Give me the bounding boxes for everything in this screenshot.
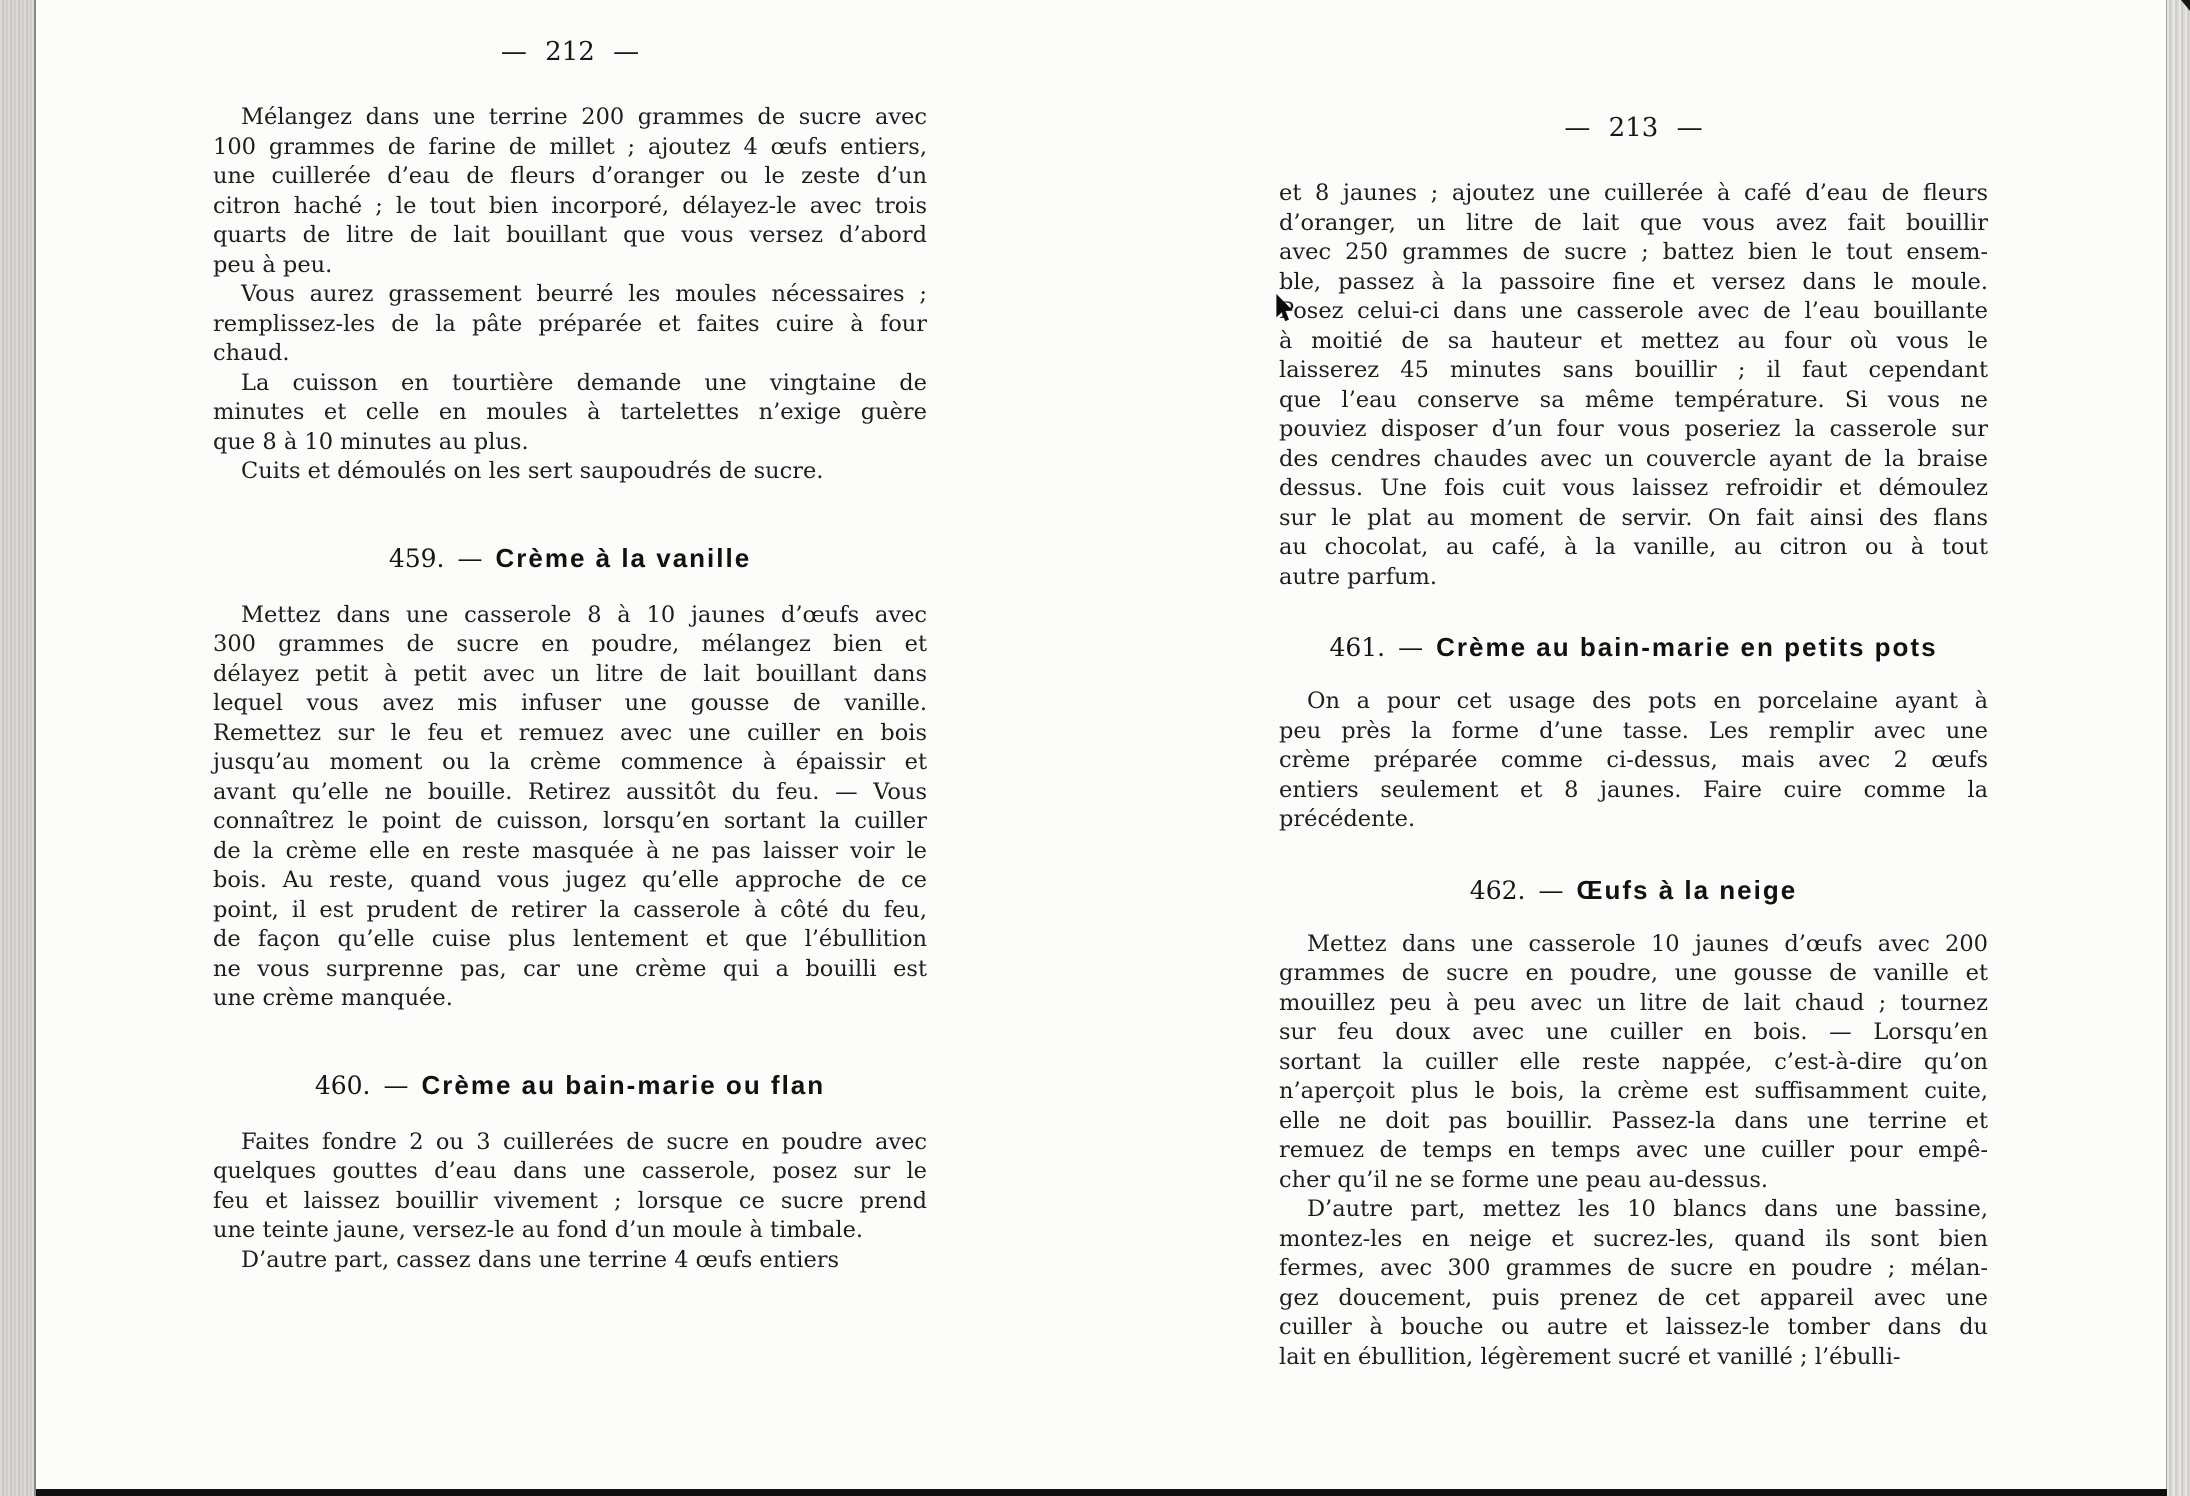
bottom-black-bar (36, 1489, 2167, 1496)
text-line: 100 grammes de farine de millet ; ajoute… (213, 133, 927, 163)
recipe-heading: 459.—Crème à la vanille (213, 543, 927, 574)
text-line: au chocolat, au café, à la vanille, au c… (1279, 533, 1988, 563)
text-line: fermes, avec 300 grammes de sucre en pou… (1279, 1254, 1988, 1284)
text-line: ne vous surprenne pas, car une crème qui… (213, 955, 927, 985)
text-line: quelques gouttes d’eau dans une casserol… (213, 1157, 927, 1187)
text-line: D’autre part, mettez les 10 blancs dans … (1279, 1195, 1988, 1225)
text-line: remplissez-les de la pâte préparée et fa… (213, 310, 927, 340)
text-line: précédente. (1279, 805, 1988, 835)
heading-dash: — (384, 1071, 409, 1100)
paragraph: Faites fondre 2 ou 3 cuillerées de sucre… (213, 1128, 927, 1246)
heading-dash: — (457, 544, 482, 573)
text-line: Remettez sur le feu et remuez avec une c… (213, 719, 927, 749)
text-line: une teinte jaune, versez-le au fond d’un… (213, 1216, 927, 1246)
text-line: sur le plat au moment de servir. On fait… (1279, 504, 1988, 534)
recipe-title: Crème au bain-marie en petits pots (1436, 632, 1937, 662)
text-line: remuez de temps en temps avec une cuille… (1279, 1136, 1988, 1166)
text-line: Mélangez dans une terrine 200 grammes de… (213, 103, 927, 133)
text-line: Mettez dans une casserole 10 jaunes d’œu… (1279, 930, 1988, 960)
text-line: peu à peu. (213, 251, 927, 281)
text-line: 300 grammes de sucre en poudre, mélangez… (213, 630, 927, 660)
paragraph: On a pour cet usage des pots en porcelai… (1279, 687, 1988, 835)
text-line: grammes de sucre en poudre, une gousse d… (1279, 959, 1988, 989)
paragraph: Mélangez dans une terrine 200 grammes de… (213, 103, 927, 280)
text-line: laisserez 45 minutes sans bouillir ; il … (1279, 356, 1988, 386)
paragraph: La cuisson en tourtière demande une ving… (213, 369, 927, 458)
page-212-column: — 212 —Mélangez dans une terrine 200 gra… (213, 36, 927, 1275)
text-line: lequel vous avez mis infuser une gousse … (213, 689, 927, 719)
text-line: autre parfum. (1279, 563, 1988, 593)
text-line: sur feu doux avec une cuiller en bois. —… (1279, 1018, 1988, 1048)
text-line: Vous aurez grassement beurré les moules … (213, 280, 927, 310)
text-line: dessus. Une fois cuit vous laissez refro… (1279, 474, 1988, 504)
text-line: Mettez dans une casserole 8 à 10 jaunes … (213, 601, 927, 631)
paragraph: D’autre part, mettez les 10 blancs dans … (1279, 1195, 1988, 1372)
text-line: de façon qu’elle cuise plus lentement et… (213, 925, 927, 955)
text-line: minutes et celle en moules à tartelettes… (213, 398, 927, 428)
book-left-page-edge (0, 0, 36, 1496)
text-line: chaud. (213, 339, 927, 369)
text-line: que 8 à 10 minutes au plus. (213, 428, 927, 458)
recipe-number: 462. (1470, 876, 1526, 905)
recipe-number: 459. (389, 544, 445, 573)
text-line: D’autre part, cassez dans une terrine 4 … (213, 1246, 927, 1276)
text-line: de la crème elle en reste masquée à ne p… (213, 837, 927, 867)
text-line: gez doucement, puis prenez de cet appare… (1279, 1284, 1988, 1314)
paragraph: Vous aurez grassement beurré les moules … (213, 280, 927, 369)
recipe-heading: 461.—Crème au bain-marie en petits pots (1279, 632, 1988, 663)
text-line: Faites fondre 2 ou 3 cuillerées de sucre… (213, 1128, 927, 1158)
text-line: crème préparée comme ci-dessus, mais ave… (1279, 746, 1988, 776)
text-line: entiers seulement et 8 jaunes. Faire cui… (1279, 776, 1988, 806)
book-right-page-edge (2166, 0, 2190, 1496)
text-line: La cuisson en tourtière demande une ving… (213, 369, 927, 399)
recipe-heading: 460.—Crème au bain-marie ou flan (213, 1070, 927, 1101)
recipe-title: Œufs à la neige (1576, 875, 1797, 905)
text-line: d’oranger, un litre de lait que vous ave… (1279, 209, 1988, 239)
mouse-cursor-icon (1274, 294, 1298, 326)
text-line: peu près la forme d’une tasse. Les rempl… (1279, 717, 1988, 747)
text-line: sortant la cuiller elle reste nappée, c’… (1279, 1048, 1988, 1078)
text-line: délayez petit à petit avec un litre de l… (213, 660, 927, 690)
text-line: avant qu’elle ne bouille. Retirez aussit… (213, 778, 927, 808)
paragraph: Mettez dans une casserole 10 jaunes d’œu… (1279, 930, 1988, 1196)
text-line: lait en ébullition, légèrement sucré et … (1279, 1343, 1988, 1373)
text-line: citron haché ; le tout bien incorporé, d… (213, 192, 927, 222)
text-line: ble, passez à la passoire fine et versez… (1279, 268, 1988, 298)
text-line: montez-les en neige et sucrez-les, quand… (1279, 1225, 1988, 1255)
paragraph: Mettez dans une casserole 8 à 10 jaunes … (213, 601, 927, 1014)
text-line: bois. Au reste, quand vous jugez qu’elle… (213, 866, 927, 896)
paragraph: D’autre part, cassez dans une terrine 4 … (213, 1246, 927, 1276)
text-line: à moitié de sa hauteur et mettez au four… (1279, 327, 1988, 357)
text-line: mouillez peu à peu avec un litre de lait… (1279, 989, 1988, 1019)
text-line: une crème manquée. (213, 984, 927, 1014)
recipe-number: 461. (1329, 633, 1385, 662)
text-line: elle ne doit pas bouillir. Passez-la dan… (1279, 1107, 1988, 1137)
book-scan-view: — 212 —Mélangez dans une terrine 200 gra… (0, 0, 2190, 1496)
text-line: quarts de litre de lait bouillant que vo… (213, 221, 927, 251)
heading-dash: — (1398, 633, 1423, 662)
page-number: — 212 — (213, 36, 927, 69)
text-line: connaîtrez le point de cuisson, lorsqu’e… (213, 807, 927, 837)
text-line: Cuits et démoulés on les sert saupoudrés… (213, 457, 927, 487)
text-line: cher qu’il ne se forme une peau au-dessu… (1279, 1166, 1988, 1196)
page-number: — 213 — (1279, 112, 1988, 145)
text-line: feu et laissez bouillir vivement ; lorsq… (213, 1187, 927, 1217)
recipe-heading: 462.—Œufs à la neige (1279, 875, 1988, 906)
text-line: jusqu’au moment ou la crème commence à é… (213, 748, 927, 778)
text-line: avec 250 grammes de sucre ; battez bien … (1279, 238, 1988, 268)
recipe-title: Crème à la vanille (495, 543, 751, 573)
recipe-title: Crème au bain-marie ou flan (422, 1070, 826, 1100)
text-line: pouviez disposer d’un four vous poseriez… (1279, 415, 1988, 445)
recipe-number: 460. (315, 1071, 371, 1100)
text-line: et 8 jaunes ; ajoutez une cuillerée à ca… (1279, 179, 1988, 209)
text-line: une cuillerée d’eau de fleurs d’oranger … (213, 162, 927, 192)
text-line: n’aperçoit plus le bois, la crème est su… (1279, 1077, 1988, 1107)
heading-dash: — (1538, 876, 1563, 905)
text-line: On a pour cet usage des pots en porcelai… (1279, 687, 1988, 717)
page-213-column: — 213 —et 8 jaunes ; ajoutez une cuiller… (1279, 112, 1988, 1372)
text-line: point, il est prudent de retirer la cass… (213, 896, 927, 926)
text-line: que l’eau conserve sa même température. … (1279, 386, 1988, 416)
text-line: des cendres chaudes avec un couvercle ay… (1279, 445, 1988, 475)
text-line: cuiller à bouche ou autre et laissez-le … (1279, 1313, 1988, 1343)
paragraph: et 8 jaunes ; ajoutez une cuillerée à ca… (1279, 179, 1988, 592)
text-line: Posez celui-ci dans une casserole avec d… (1279, 297, 1988, 327)
paragraph: Cuits et démoulés on les sert saupoudrés… (213, 457, 927, 487)
